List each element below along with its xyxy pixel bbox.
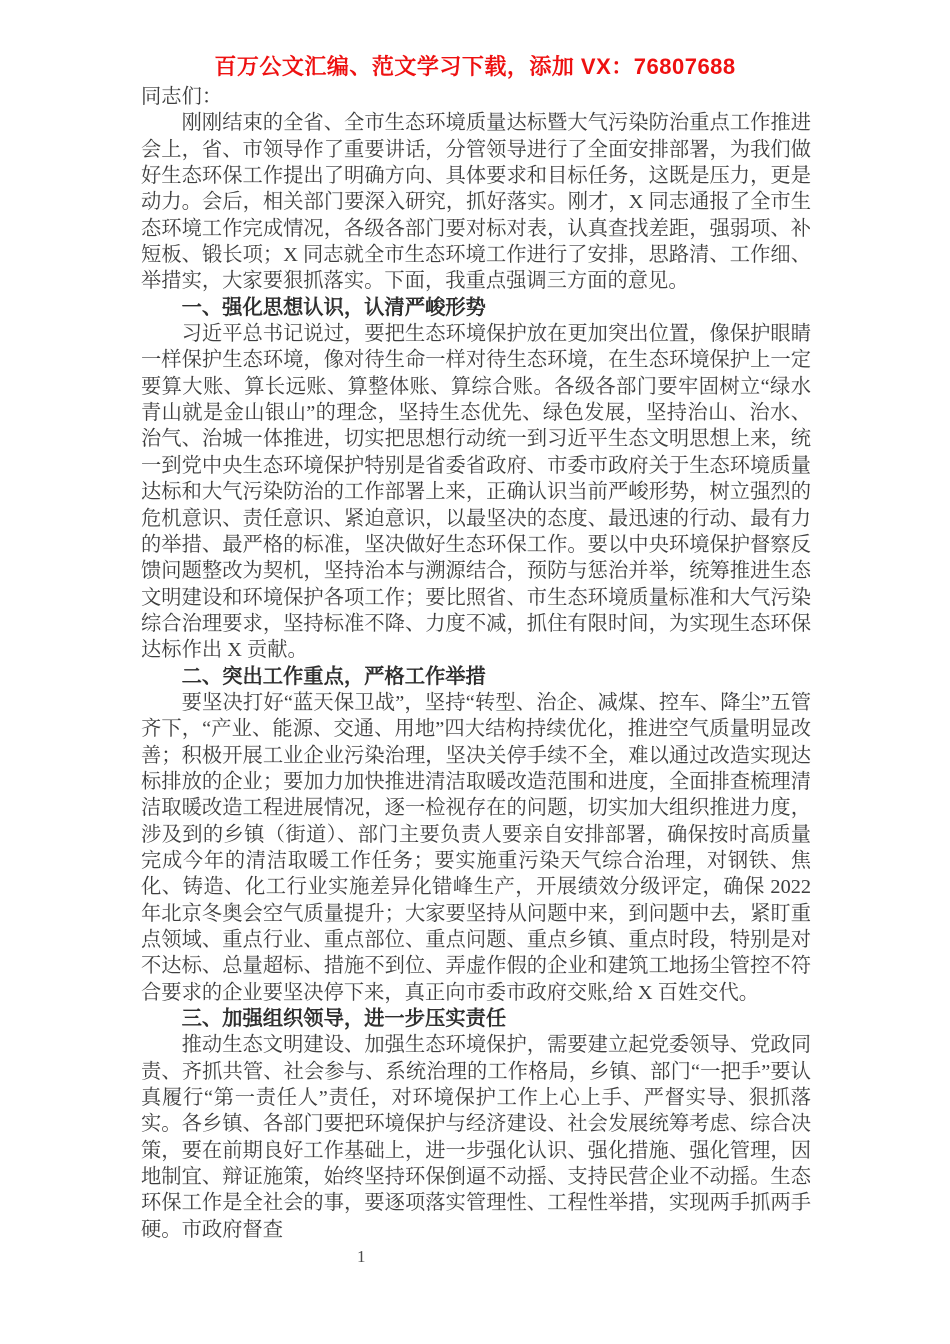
promo-header-text: 百万公文汇编、范文学习下载，添加 VX：76807688	[0, 50, 950, 81]
section-heading-2: 二、突出工作重点，严格工作举措	[141, 664, 811, 690]
paragraph-opening: 刚刚结束的全省、全市生态环境质量达标暨大气污染防治重点工作推进会上，省、市领导作…	[141, 110, 811, 294]
document-body: 同志们： 刚刚结束的全省、全市生态环境质量达标暨大气污染防治重点工作推进会上，省…	[141, 84, 811, 1243]
section-heading-1: 一、强化思想认识，认清严峻形势	[141, 295, 811, 321]
page-number: 1	[357, 1246, 366, 1268]
document-page: 百万公文汇编、范文学习下载，添加 VX：76807688 同志们： 刚刚结束的全…	[0, 0, 950, 1344]
paragraph-section-1: 习近平总书记说过，要把生态环境保护放在更加突出位置，像保护眼睛一样保护生态环境，…	[141, 321, 811, 663]
section-heading-3: 三、加强组织领导，进一步压实责任	[141, 1006, 811, 1032]
salutation: 同志们：	[141, 84, 811, 110]
paragraph-section-2: 要坚决打好“蓝天保卫战”，坚持“转型、治企、减煤、控车、降尘”五管齐下，“产业、…	[141, 690, 811, 1006]
paragraph-section-3: 推动生态文明建设、加强生态环境保护，需要建立起党委领导、党政同责、齐抓共管、社会…	[141, 1032, 811, 1243]
